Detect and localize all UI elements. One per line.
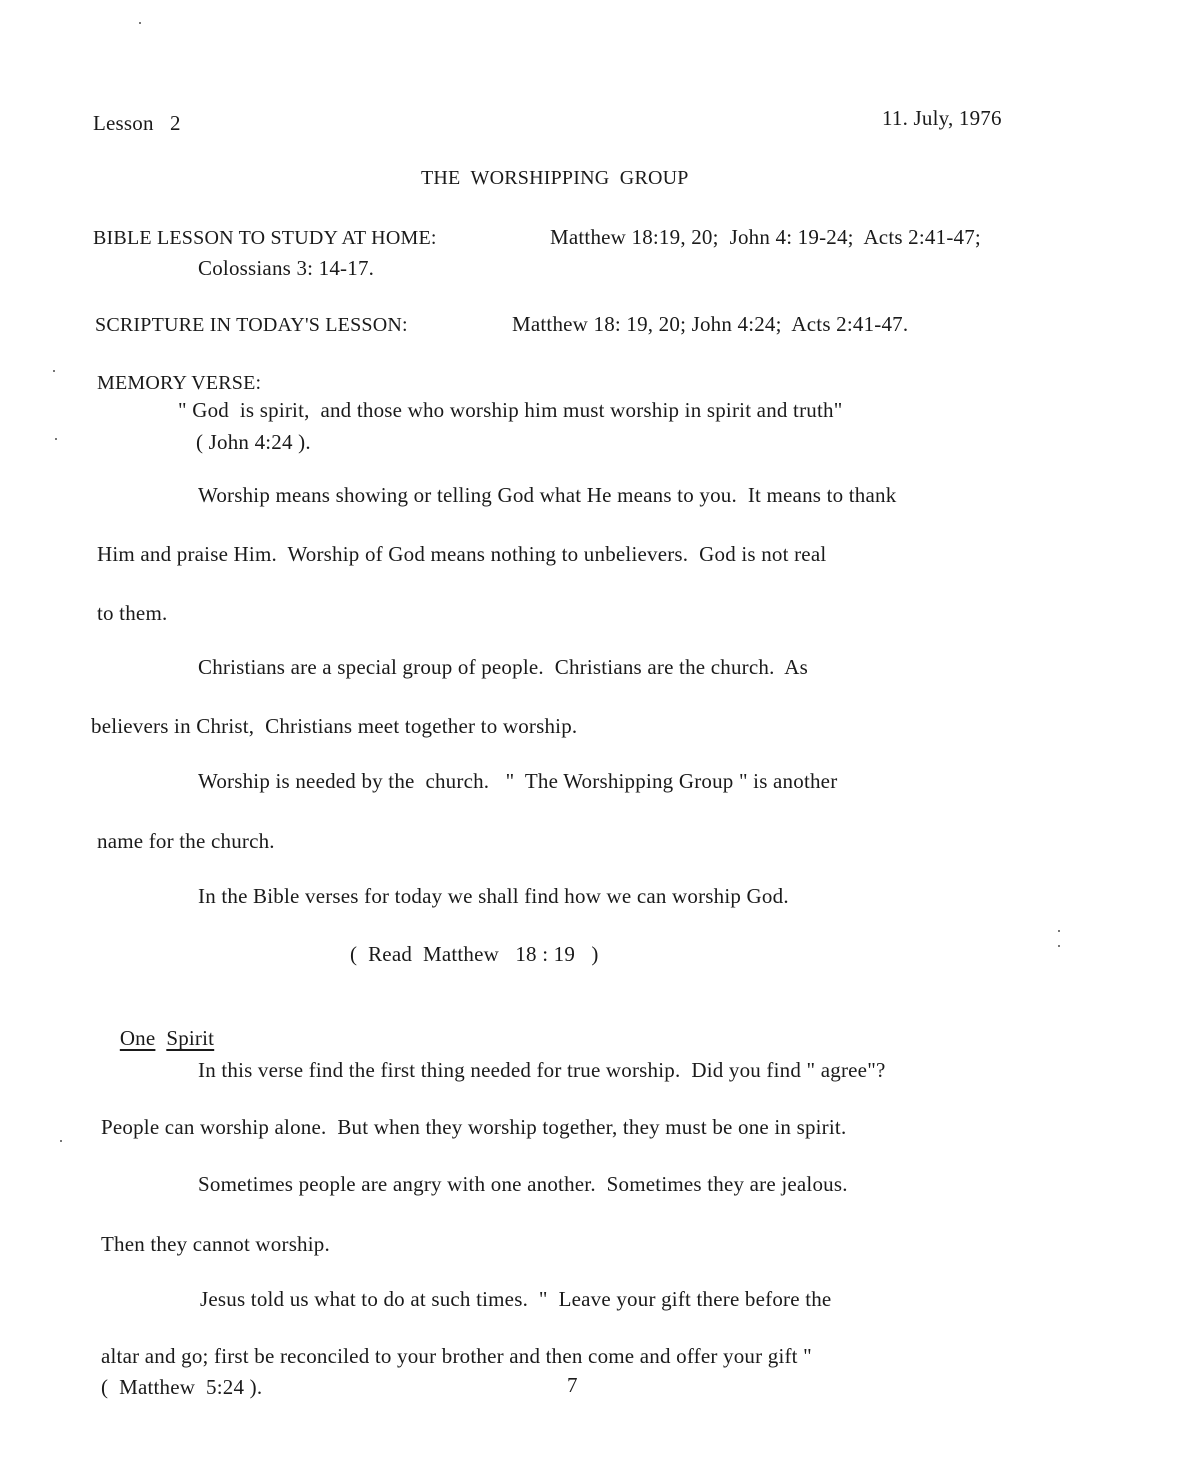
memory-verse-quote: " God is spirit, and those who worship h…: [178, 398, 842, 423]
paragraph-line: Christians are a special group of people…: [198, 655, 808, 680]
bible-lesson-refs-cont: Colossians 3: 14-17.: [198, 256, 374, 281]
paragraph-line: In the Bible verses for today we shall f…: [198, 884, 789, 909]
lesson-label: Lesson 2: [93, 111, 181, 136]
paragraph-line: People can worship alone. But when they …: [101, 1115, 846, 1140]
bible-lesson-refs: Matthew 18:19, 20; John 4: 19-24; Acts 2…: [550, 225, 981, 250]
scan-speck: [1058, 945, 1060, 947]
paragraph-line: In this verse find the first thing neede…: [198, 1058, 885, 1083]
scan-speck: [1058, 930, 1060, 932]
scripture-label: SCRIPTURE IN TODAY'S LESSON:: [95, 314, 408, 337]
memory-verse-ref: ( John 4:24 ).: [196, 430, 311, 455]
paragraph-line: Worship means showing or telling God wha…: [198, 483, 896, 508]
scripture-refs: Matthew 18: 19, 20; John 4:24; Acts 2:41…: [512, 312, 908, 337]
scan-speck: [60, 1140, 62, 1142]
paragraph-line: to them.: [97, 601, 167, 626]
paragraph-line: Jesus told us what to do at such times. …: [200, 1287, 831, 1312]
section-heading-word: Spirit: [166, 1026, 214, 1050]
paragraph-line: Worship is needed by the church. " The W…: [198, 769, 837, 794]
page-number: 7: [567, 1373, 578, 1398]
paragraph-line: Him and praise Him. Worship of God means…: [97, 542, 826, 567]
paragraph-line: Then they cannot worship.: [101, 1232, 330, 1257]
paragraph-line: Sometimes people are angry with one anot…: [198, 1172, 848, 1197]
paragraph-line: name for the church.: [97, 829, 275, 854]
section-heading-word: One: [120, 1026, 156, 1050]
paragraph-line: believers in Christ, Christians meet tog…: [91, 714, 577, 739]
memory-verse-label: MEMORY VERSE:: [97, 372, 261, 395]
scan-speck: [55, 438, 57, 440]
page-title: THE WORSHIPPING GROUP: [421, 167, 689, 190]
scan-speck: [53, 370, 55, 372]
scan-speck: [139, 22, 141, 24]
paragraph-line: ( Matthew 5:24 ).: [101, 1375, 262, 1400]
bible-lesson-label: BIBLE LESSON TO STUDY AT HOME:: [93, 227, 437, 250]
read-reference: ( Read Matthew 18 : 19 ): [350, 942, 599, 967]
lesson-date: 11. July, 1976: [882, 106, 1002, 131]
paragraph-line: altar and go; first be reconciled to you…: [101, 1344, 812, 1369]
